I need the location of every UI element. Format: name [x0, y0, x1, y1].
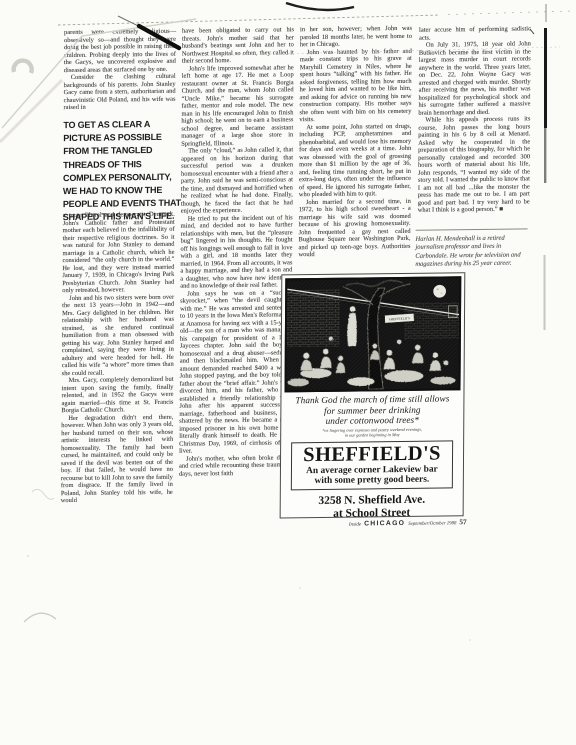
article-paragraph: have been obligated to carry out his thr…	[182, 26, 294, 65]
article-paragraph: On July 31, 1975, 18 year old John Butko…	[418, 40, 531, 116]
article-paragraph: John says he was on a “success skyrocket…	[179, 289, 292, 455]
article-paragraph: a more liberal and democratic Denmark. J…	[62, 211, 175, 295]
author-bio: Harlan H. Mendenhall is a retired journa…	[415, 228, 527, 269]
footer-publication: Inside	[349, 522, 361, 527]
article-paragraph: John married for a second time, in 1972,…	[298, 197, 410, 258]
article-column-3: in her son, however; when John was parol…	[298, 25, 412, 259]
article-paragraph: He tried to put the incident out of his …	[180, 214, 293, 290]
article-paragraph: John's mother, who often broke down and …	[179, 454, 291, 478]
article-column-4: later accuse him of performing sadistic …	[418, 25, 531, 214]
ad-description: An average corner Lakeview barwith some …	[292, 464, 452, 486]
sheffields-advertisement: SHEFFIELD'S	[280, 272, 466, 518]
article-paragraph: in her son, however; when John was parol…	[300, 25, 412, 49]
article-paragraph: later accuse him of performing sadistic …	[419, 25, 531, 41]
ad-tagline-line: Thank God the march of time still allows	[284, 393, 460, 406]
article-paragraph: parents were extremely religious—obsessi…	[64, 28, 176, 74]
ad-fine-print: *or lingering over espresso and pastry w…	[284, 426, 460, 438]
article-column-2: have been obligated to carry out his thr…	[179, 26, 294, 477]
article-paragraph: Consider the clashing cultural backgroun…	[64, 73, 176, 112]
ad-name-box: SHEFFIELD'S An average corner Lakeview b…	[291, 440, 453, 490]
beer-garden-illustration: SHEFFIELD'S	[285, 276, 462, 392]
article-paragraph: The only “cloud,” as John called it, tha…	[181, 146, 293, 215]
ad-tagline: Thank God the march of time still allows…	[284, 393, 460, 427]
article-column-1-bottom: a more liberal and democratic Denmark. J…	[61, 211, 175, 505]
pull-quote: TO GET AS CLEAR A PICTURE AS POSSIBLE FR…	[63, 118, 183, 225]
page-footer: Inside CHICAGO September/October 1988 57	[327, 518, 467, 528]
ad-tagline-line: under cottonwood trees*	[284, 414, 460, 427]
footer-magazine-name: CHICAGO	[364, 520, 405, 528]
article-paragraph: John was haunted by his father and made …	[299, 47, 412, 123]
article-paragraph: At some point, John started on drugs, in…	[299, 122, 412, 198]
article-paragraph: Mrs. Gacy, completely demoralized but in…	[61, 376, 173, 415]
ad-address: 3258 N. Sheffield Ave.at School Street	[284, 494, 460, 521]
article-paragraph: John and his two sisters were born over …	[62, 293, 175, 377]
ad-bar-name: SHEFFIELD'S	[292, 442, 452, 466]
article-paragraph: John's life improved somewhat after he l…	[181, 64, 294, 148]
ad-description-line: with some pretty good beers.	[292, 475, 452, 487]
article-paragraph: Her degradation didn't end there, howeve…	[61, 413, 174, 504]
crosshatch-texture	[287, 278, 460, 390]
footer-issue-date: September/October 1988	[408, 521, 456, 527]
article-paragraph: While his appeals process runs its cours…	[418, 115, 531, 214]
footer-page-number: 57	[459, 518, 466, 526]
ad-fine-print-line: in our garden beginning in May	[284, 431, 460, 438]
scanned-magazine-page: parents were extremely religious—obsessi…	[0, 0, 576, 745]
article-column-1-top: parents were extremely religious—obsessi…	[64, 28, 177, 112]
page-content: parents were extremely religious—obsessi…	[0, 0, 576, 745]
